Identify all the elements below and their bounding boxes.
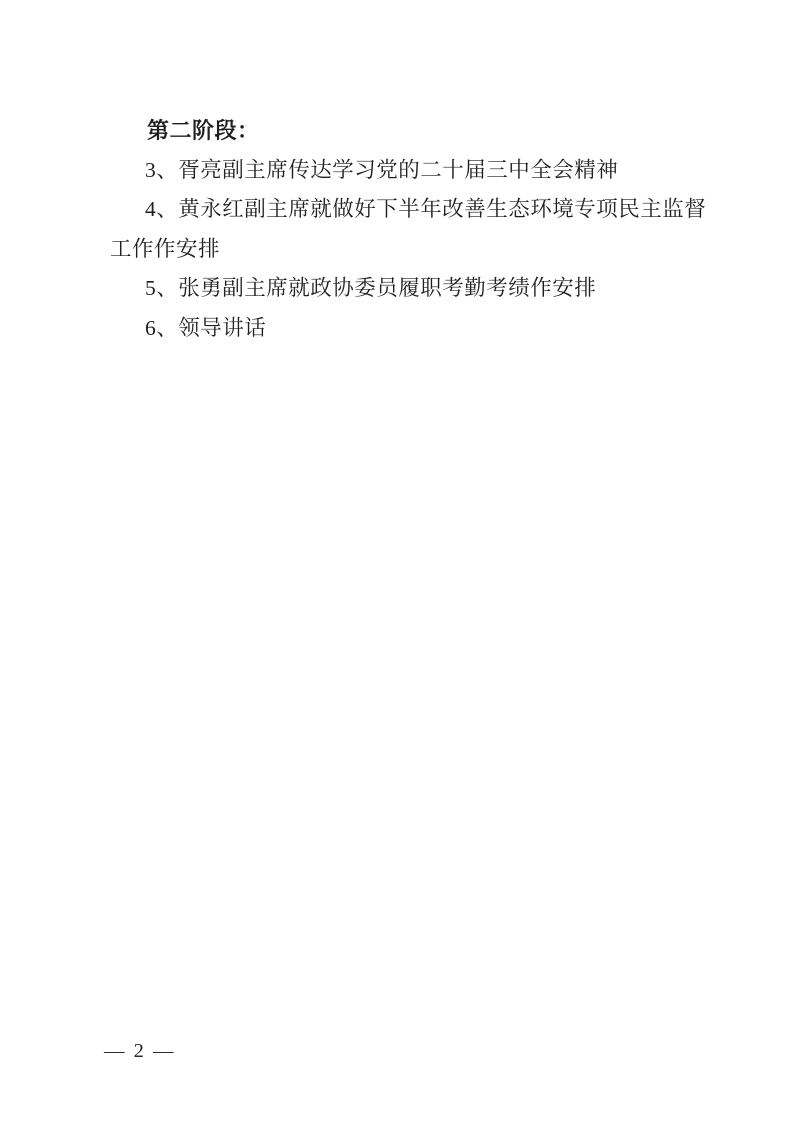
agenda-item-5: 5、张勇副主席就政协委员履职考勤考绩作安排 <box>110 269 706 309</box>
agenda-item-3: 3、胥亮副主席传达学习党的二十届三中全会精神 <box>110 151 706 191</box>
agenda-item-4-continuation: 工作作安排 <box>110 230 706 270</box>
agenda-item-6: 6、领导讲话 <box>110 309 706 349</box>
agenda-item-4: 4、黄永红副主席就做好下半年改善生态环境专项民主监督 <box>110 190 706 230</box>
page-footer: — 2 — <box>104 1040 176 1063</box>
document-body: 第二阶段： 3、胥亮副主席传达学习党的二十届三中全会精神 4、黄永红副主席就做好… <box>110 111 706 348</box>
document-page: 第二阶段： 3、胥亮副主席传达学习党的二十届三中全会精神 4、黄永红副主席就做好… <box>0 0 793 1122</box>
page-number: — 2 — <box>104 1040 176 1062</box>
section-heading: 第二阶段： <box>110 111 706 151</box>
